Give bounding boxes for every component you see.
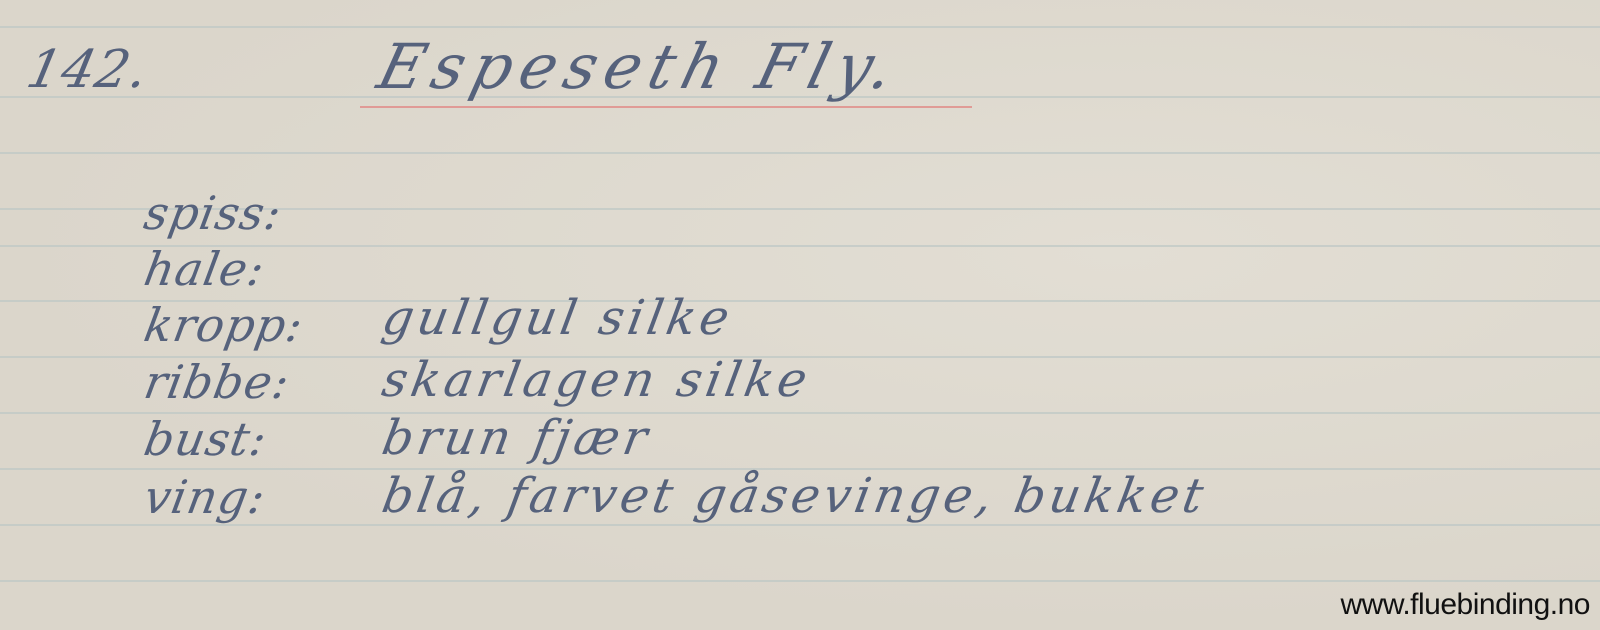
recipe-value-kropp: gullgul silke: [378, 290, 737, 346]
recipe-label-bust: bust:: [140, 412, 271, 466]
entry-number: 142.: [22, 40, 155, 100]
recipe-label-hale: hale:: [140, 242, 269, 296]
recipe-label-spiss: spiss:: [140, 186, 286, 240]
fly-title: Espeseth Fly.: [371, 30, 909, 103]
recipe-value-ribbe: skarlagen silke: [378, 352, 815, 408]
recipe-label-kropp: kropp:: [140, 298, 307, 352]
recipe-label-ribbe: ribbe:: [140, 355, 294, 409]
ruled-line: [0, 26, 1600, 28]
recipe-value-bust: brun fjær: [378, 410, 655, 466]
ruled-line: [0, 524, 1600, 526]
ruled-line: [0, 580, 1600, 582]
ruled-line: [0, 152, 1600, 154]
recipe-label-ving: ving:: [140, 470, 270, 524]
title-underline: [360, 106, 972, 108]
watermark-url: www.fluebinding.no: [1340, 588, 1590, 622]
recipe-value-ving: blå, farvet gåsevinge, bukket: [378, 468, 1211, 524]
notebook-page: 142. Espeseth Fly. spiss: hale: kropp: g…: [0, 0, 1600, 630]
